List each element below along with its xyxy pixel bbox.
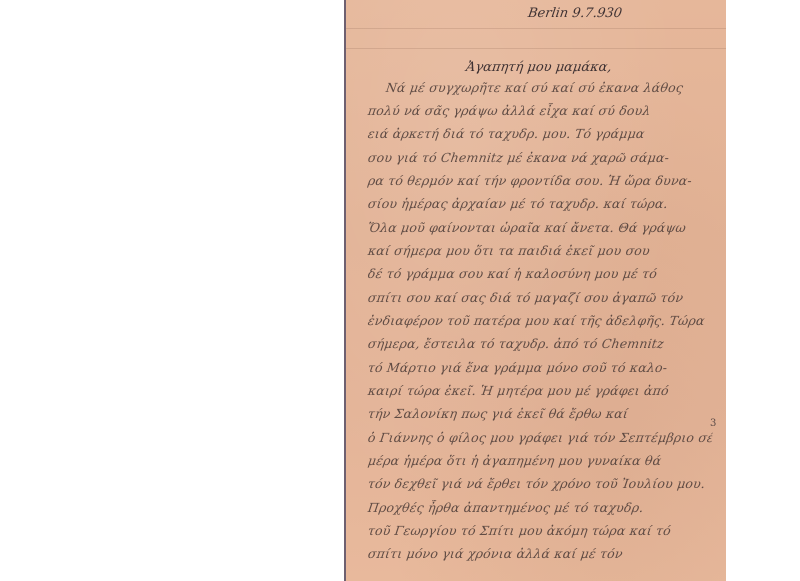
letter-line: καί σήμερα μου ὅτι τα παιδιά ἐκεῖ μου σο…: [367, 243, 713, 258]
letter-line: πολύ νά σᾶς γράψω ἀλλά εἶχα καί σύ δουλ: [367, 103, 713, 118]
letter-line: ὁ Γιάννης ὁ φίλος μου γράφει γιά τόν Σεπ…: [367, 430, 713, 445]
letter-line: Προχθές ἦρθα ἀπαντημένος μέ τό ταχυδρ.: [367, 500, 713, 515]
letter-line: καιρί τώρα ἐκεῖ. Ἡ μητέρα μου μέ γράφει …: [367, 383, 713, 398]
letter-line: τήν Σαλονίκη πως γιά ἐκεῖ θά ἔρθω καί: [367, 406, 713, 421]
letter-line: τό Μάρτιο γιά ἕνα γράμμα μόνο σοῦ τό καλ…: [367, 360, 713, 375]
paper-fold-line: [346, 28, 726, 29]
letter-line: δέ τό γράμμα σου καί ἡ καλοσύνη μου μέ τ…: [367, 266, 713, 281]
letter-line: τοῦ Γεωργίου τό Σπίτι μου ἀκόμη τώρα καί…: [367, 523, 713, 538]
scanned-page: Berlin 9.7.930 Ἀγαπητή μου μαμάκα, Νά μέ…: [0, 0, 800, 581]
letter-line: σπίτι μόνο γιά χρόνια ἀλλά καί μέ τόν: [367, 546, 713, 561]
letter-paper: Berlin 9.7.930 Ἀγαπητή μου μαμάκα, Νά μέ…: [344, 0, 726, 581]
letter-line: ρα τό θερμόν καί τήν φροντίδα σου. Ἡ ὥρα…: [367, 173, 713, 188]
letter-dateline: Berlin 9.7.930: [527, 6, 623, 21]
letter-line: Ὅλα μοῦ φαίνονται ὡραῖα καί ἄνετα. Θά γρ…: [367, 220, 713, 235]
margin-mark: 3: [710, 418, 716, 429]
paper-fold-line: [346, 48, 726, 49]
letter-line: τόν δεχθεῖ γιά νά ἔρθει τόν χρόνο τοῦ Ἰο…: [367, 476, 713, 491]
letter-line: σίου ἡμέρας ἀρχαίαν μέ τό ταχυδρ. καί τώ…: [367, 196, 713, 211]
letter-line: ἐνδιαφέρον τοῦ πατέρα μου καί τῆς ἀδελφῆ…: [367, 313, 713, 328]
letter-line: Νά μέ συγχωρῆτε καί σύ καί σύ ἐκανα λάθο…: [385, 80, 713, 95]
letter-line: ειά ἀρκετή διά τό ταχυδρ. μου. Τό γράμμα: [367, 126, 713, 141]
letter-salutation: Ἀγαπητή μου μαμάκα,: [465, 60, 613, 75]
letter-line: σήμερα, ἔστειλα τό ταχυδρ. ἀπό τό Chemni…: [367, 336, 713, 351]
letter-line: σου γιά τό Chemnitz μέ ἐκανα νά χαρῶ σάμ…: [367, 150, 713, 165]
letter-line: μέρα ἡμέρα ὅτι ἡ ἀγαπημένη μου γυναίκα θ…: [367, 453, 713, 468]
letter-line: σπίτι σου καί σας διά τό μαγαζί σου ἀγαπ…: [367, 290, 713, 305]
